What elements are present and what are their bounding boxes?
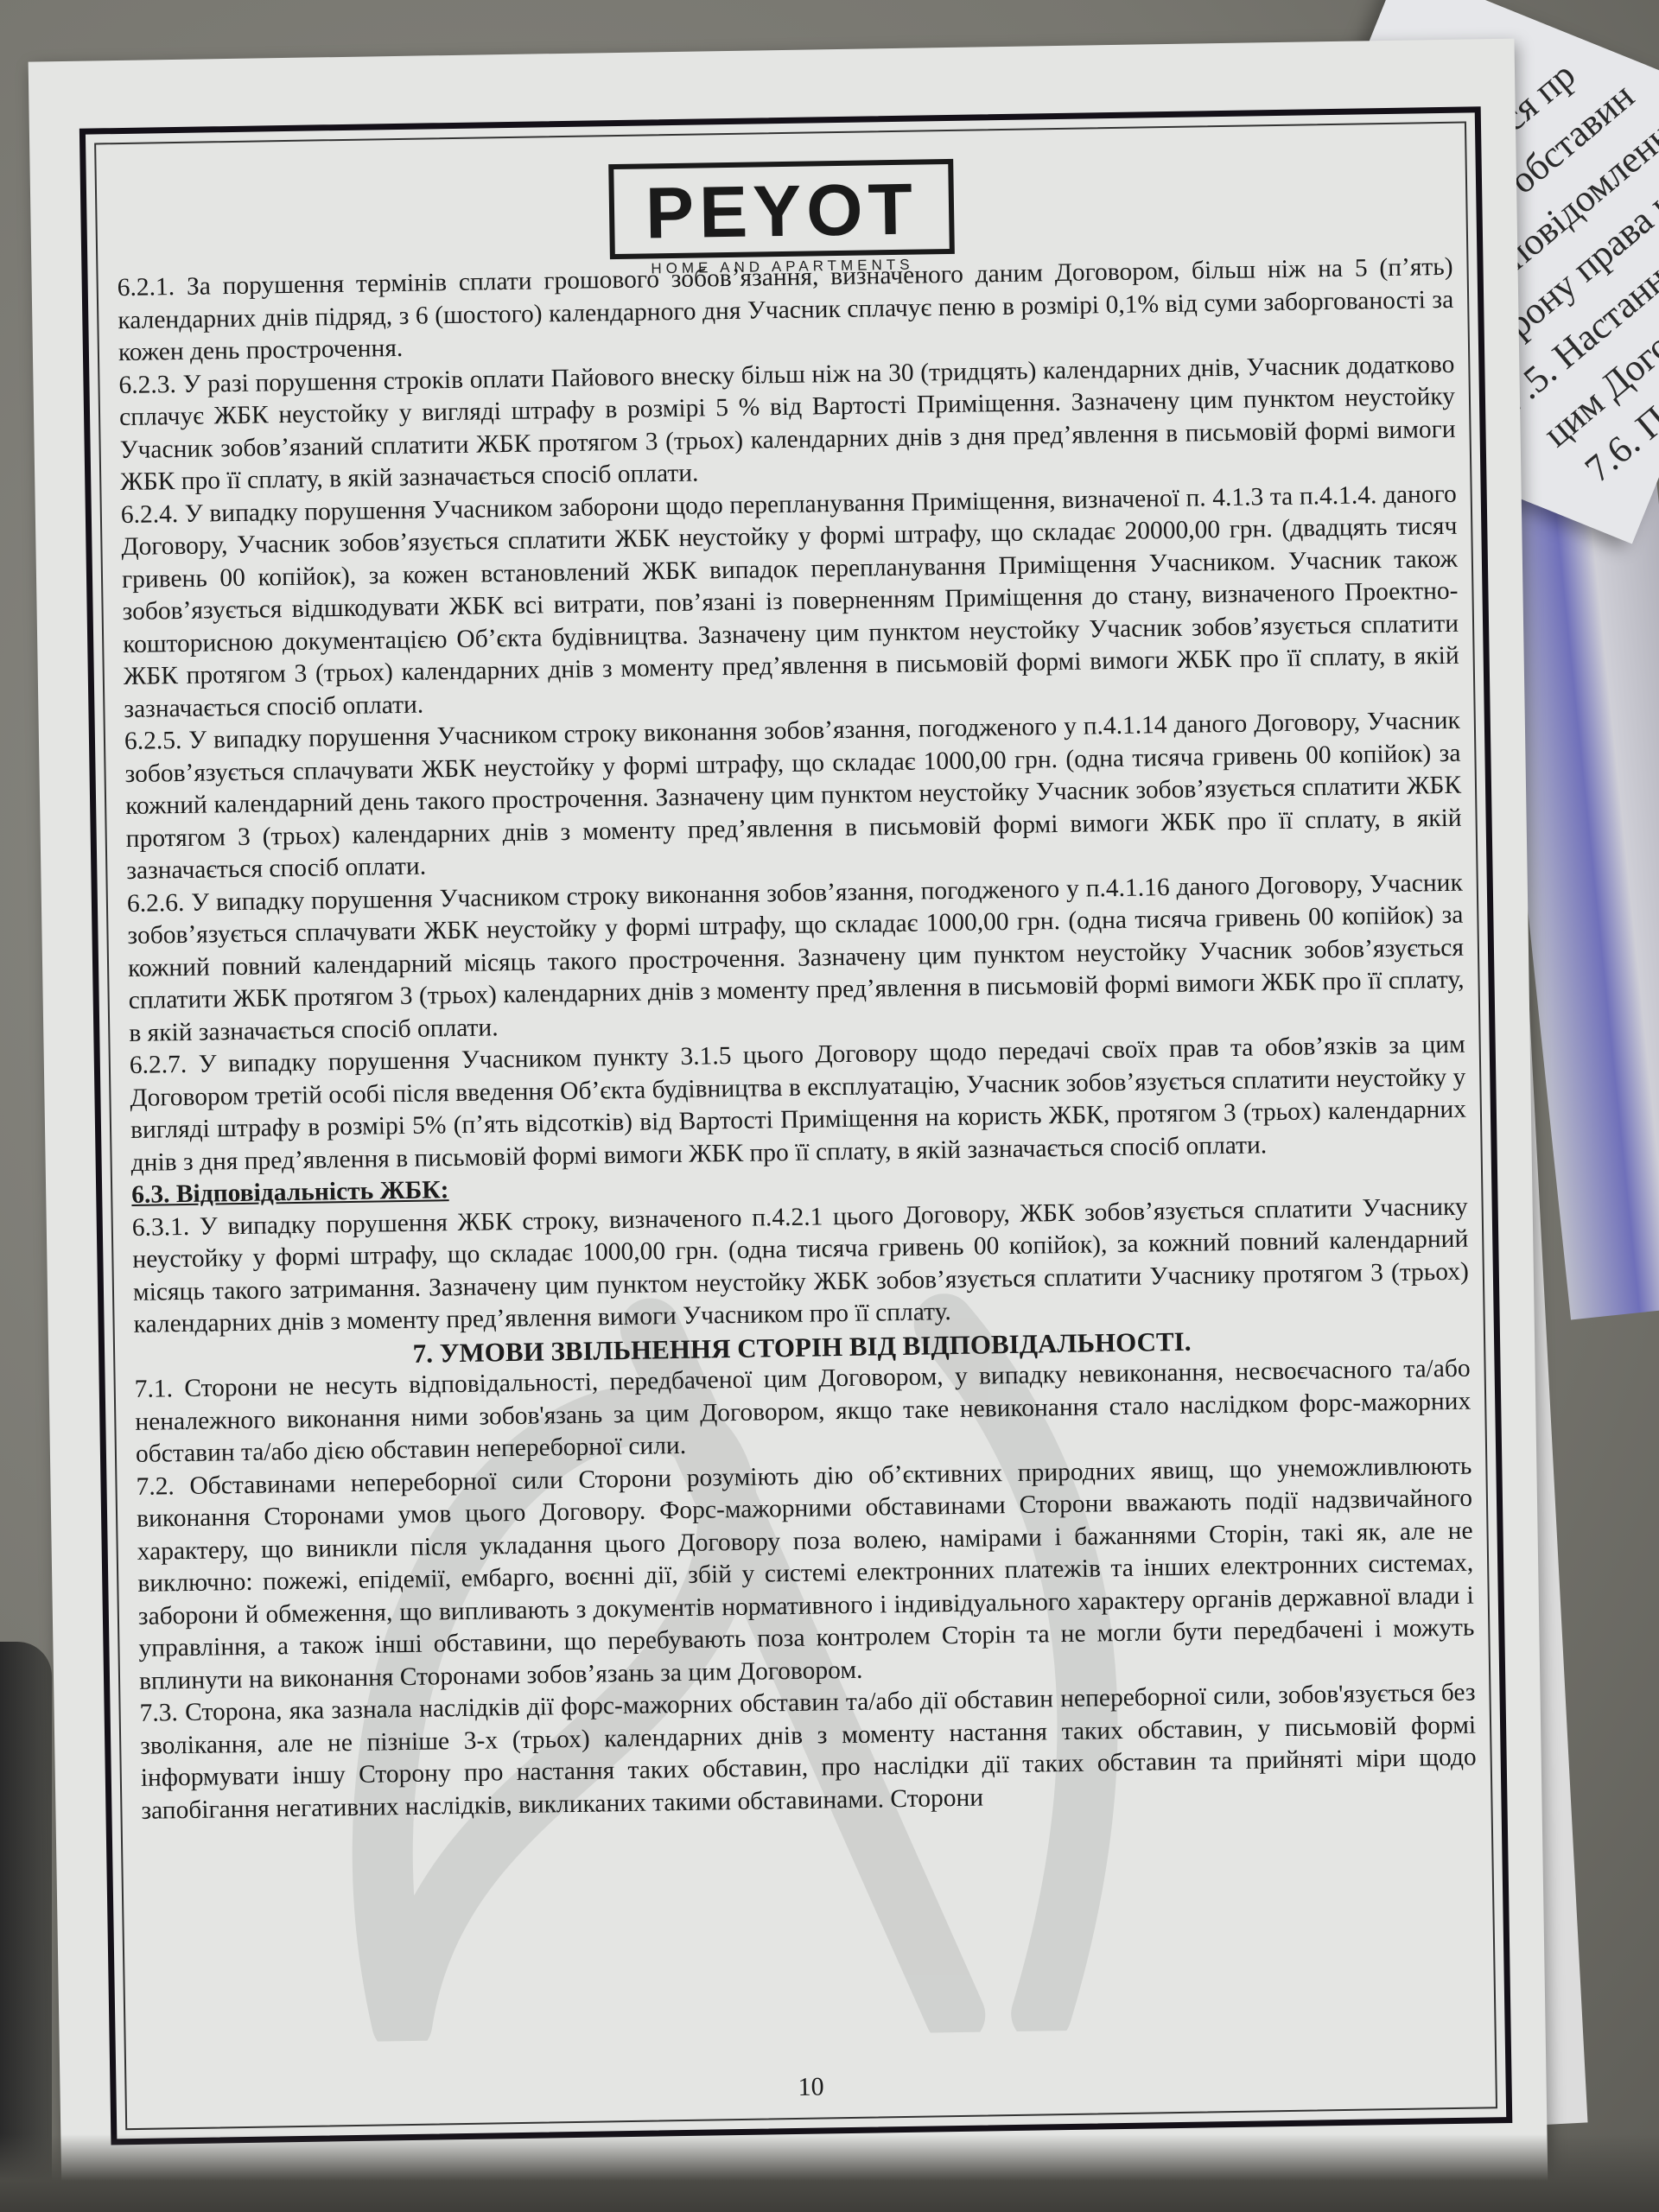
logo-wordmark: PEYOT	[608, 159, 954, 259]
clause-6-2-3: 6.2.3. У разі порушення строків оплати П…	[118, 348, 1456, 499]
clause-6-2-6: 6.2.6. У випадку порушення Учасником стр…	[127, 867, 1465, 1050]
document-body: 6.2.1. За порушення термінів сплати грош…	[117, 251, 1477, 1827]
document-page: PEYOT HOME AND APARTMENTS 6.2.1. За пору…	[29, 39, 1548, 2205]
clause-7-2: 7.2. Обставинами непереборної сили Сторо…	[136, 1450, 1475, 1698]
clause-6-3-1: 6.3.1. У випадку порушення ЖБК строку, в…	[132, 1191, 1470, 1341]
page-border-outer: PEYOT HOME AND APARTMENTS 6.2.1. За пору…	[79, 106, 1512, 2145]
clause-6-2-5: 6.2.5. У випадку порушення Учасником стр…	[124, 705, 1463, 888]
dark-object-corner	[0, 1642, 52, 2212]
clause-6-2-7: 6.2.7. У випадку порушення Учасником пун…	[130, 1029, 1467, 1179]
bottom-shadow	[0, 2134, 1659, 2212]
page-border-inner: PEYOT HOME AND APARTMENTS 6.2.1. За пору…	[94, 122, 1497, 2131]
clause-7-3: 7.3. Сторона, яка зазнала наслідків дії …	[139, 1677, 1477, 1827]
page-number: 10	[126, 2062, 1495, 2113]
clause-6-2-4: 6.2.4. У випадку порушення Учасником заб…	[121, 478, 1460, 726]
